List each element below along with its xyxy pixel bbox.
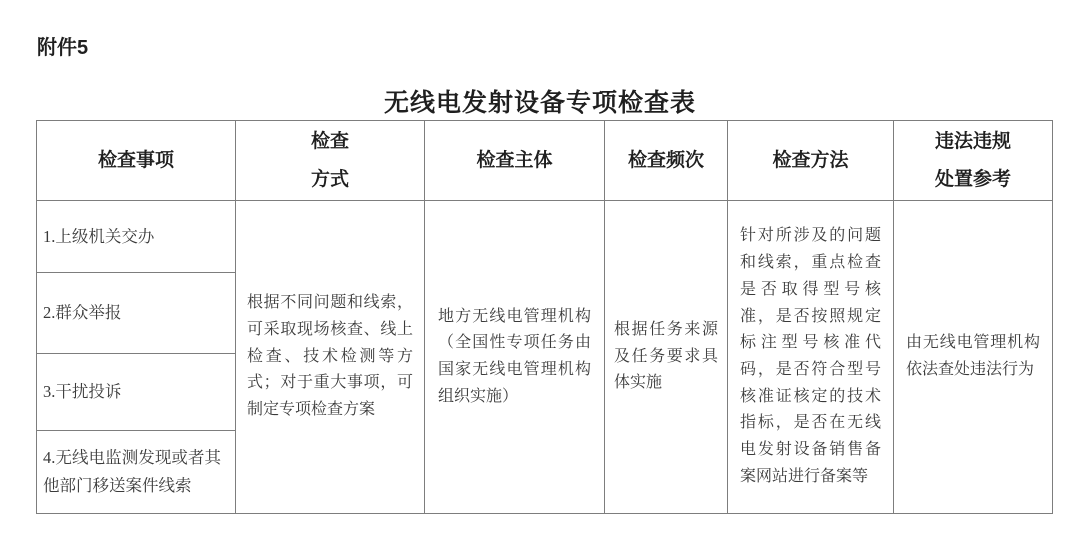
item-cell-3: 3.干扰投诉 [37, 354, 236, 431]
item-cell-2: 2.群众举报 [37, 273, 236, 354]
frequency-cell: 根据任务来源及任务要求具体实施 [605, 201, 728, 514]
attachment-label: 附件5 [37, 31, 88, 60]
header-inspection-subject: 检查主体 [425, 121, 605, 201]
approach-cell: 针对所涉及的问题和线索，重点检查是否取得型号核准，是否按照规定标注型号核准代码，… [728, 201, 894, 514]
item-cell-1: 1.上级机关交办 [37, 201, 236, 273]
table-header-row: 检查事项 检查 方式 检查主体 检查频次 检查方法 违法违规 处置参考 [37, 121, 1053, 201]
method-cell: 根据不同问题和线索，可采取现场核查、线上检查、技术检测等方式；对于重大事项，可制… [236, 201, 425, 514]
subject-cell: 地方无线电管理机构（全国性专项任务由国家无线电管理机构组织实施） [425, 201, 605, 514]
table-row: 1.上级机关交办 根据不同问题和线索，可采取现场核查、线上检查、技术检测等方式；… [37, 201, 1053, 273]
header-inspection-method: 检查方法 [728, 121, 894, 201]
page-title: 无线电发射设备专项检查表 [0, 83, 1080, 119]
header-violation-disposal: 违法违规 处置参考 [894, 121, 1053, 201]
document-page: 附件5 无线电发射设备专项检查表 检查事项 检查 方式 检查主体 检查频次 检查… [0, 0, 1080, 545]
header-inspection-item: 检查事项 [37, 121, 236, 201]
header-inspection-mode: 检查 方式 [236, 121, 425, 201]
disposal-cell: 由无线电管理机构依法查处违法行为 [894, 201, 1053, 514]
inspection-table: 检查事项 检查 方式 检查主体 检查频次 检查方法 违法违规 处置参考 1.上级… [36, 120, 1053, 514]
header-inspection-frequency: 检查频次 [605, 121, 728, 201]
item-cell-4: 4.无线电监测发现或者其他部门移送案件线索 [37, 431, 236, 514]
